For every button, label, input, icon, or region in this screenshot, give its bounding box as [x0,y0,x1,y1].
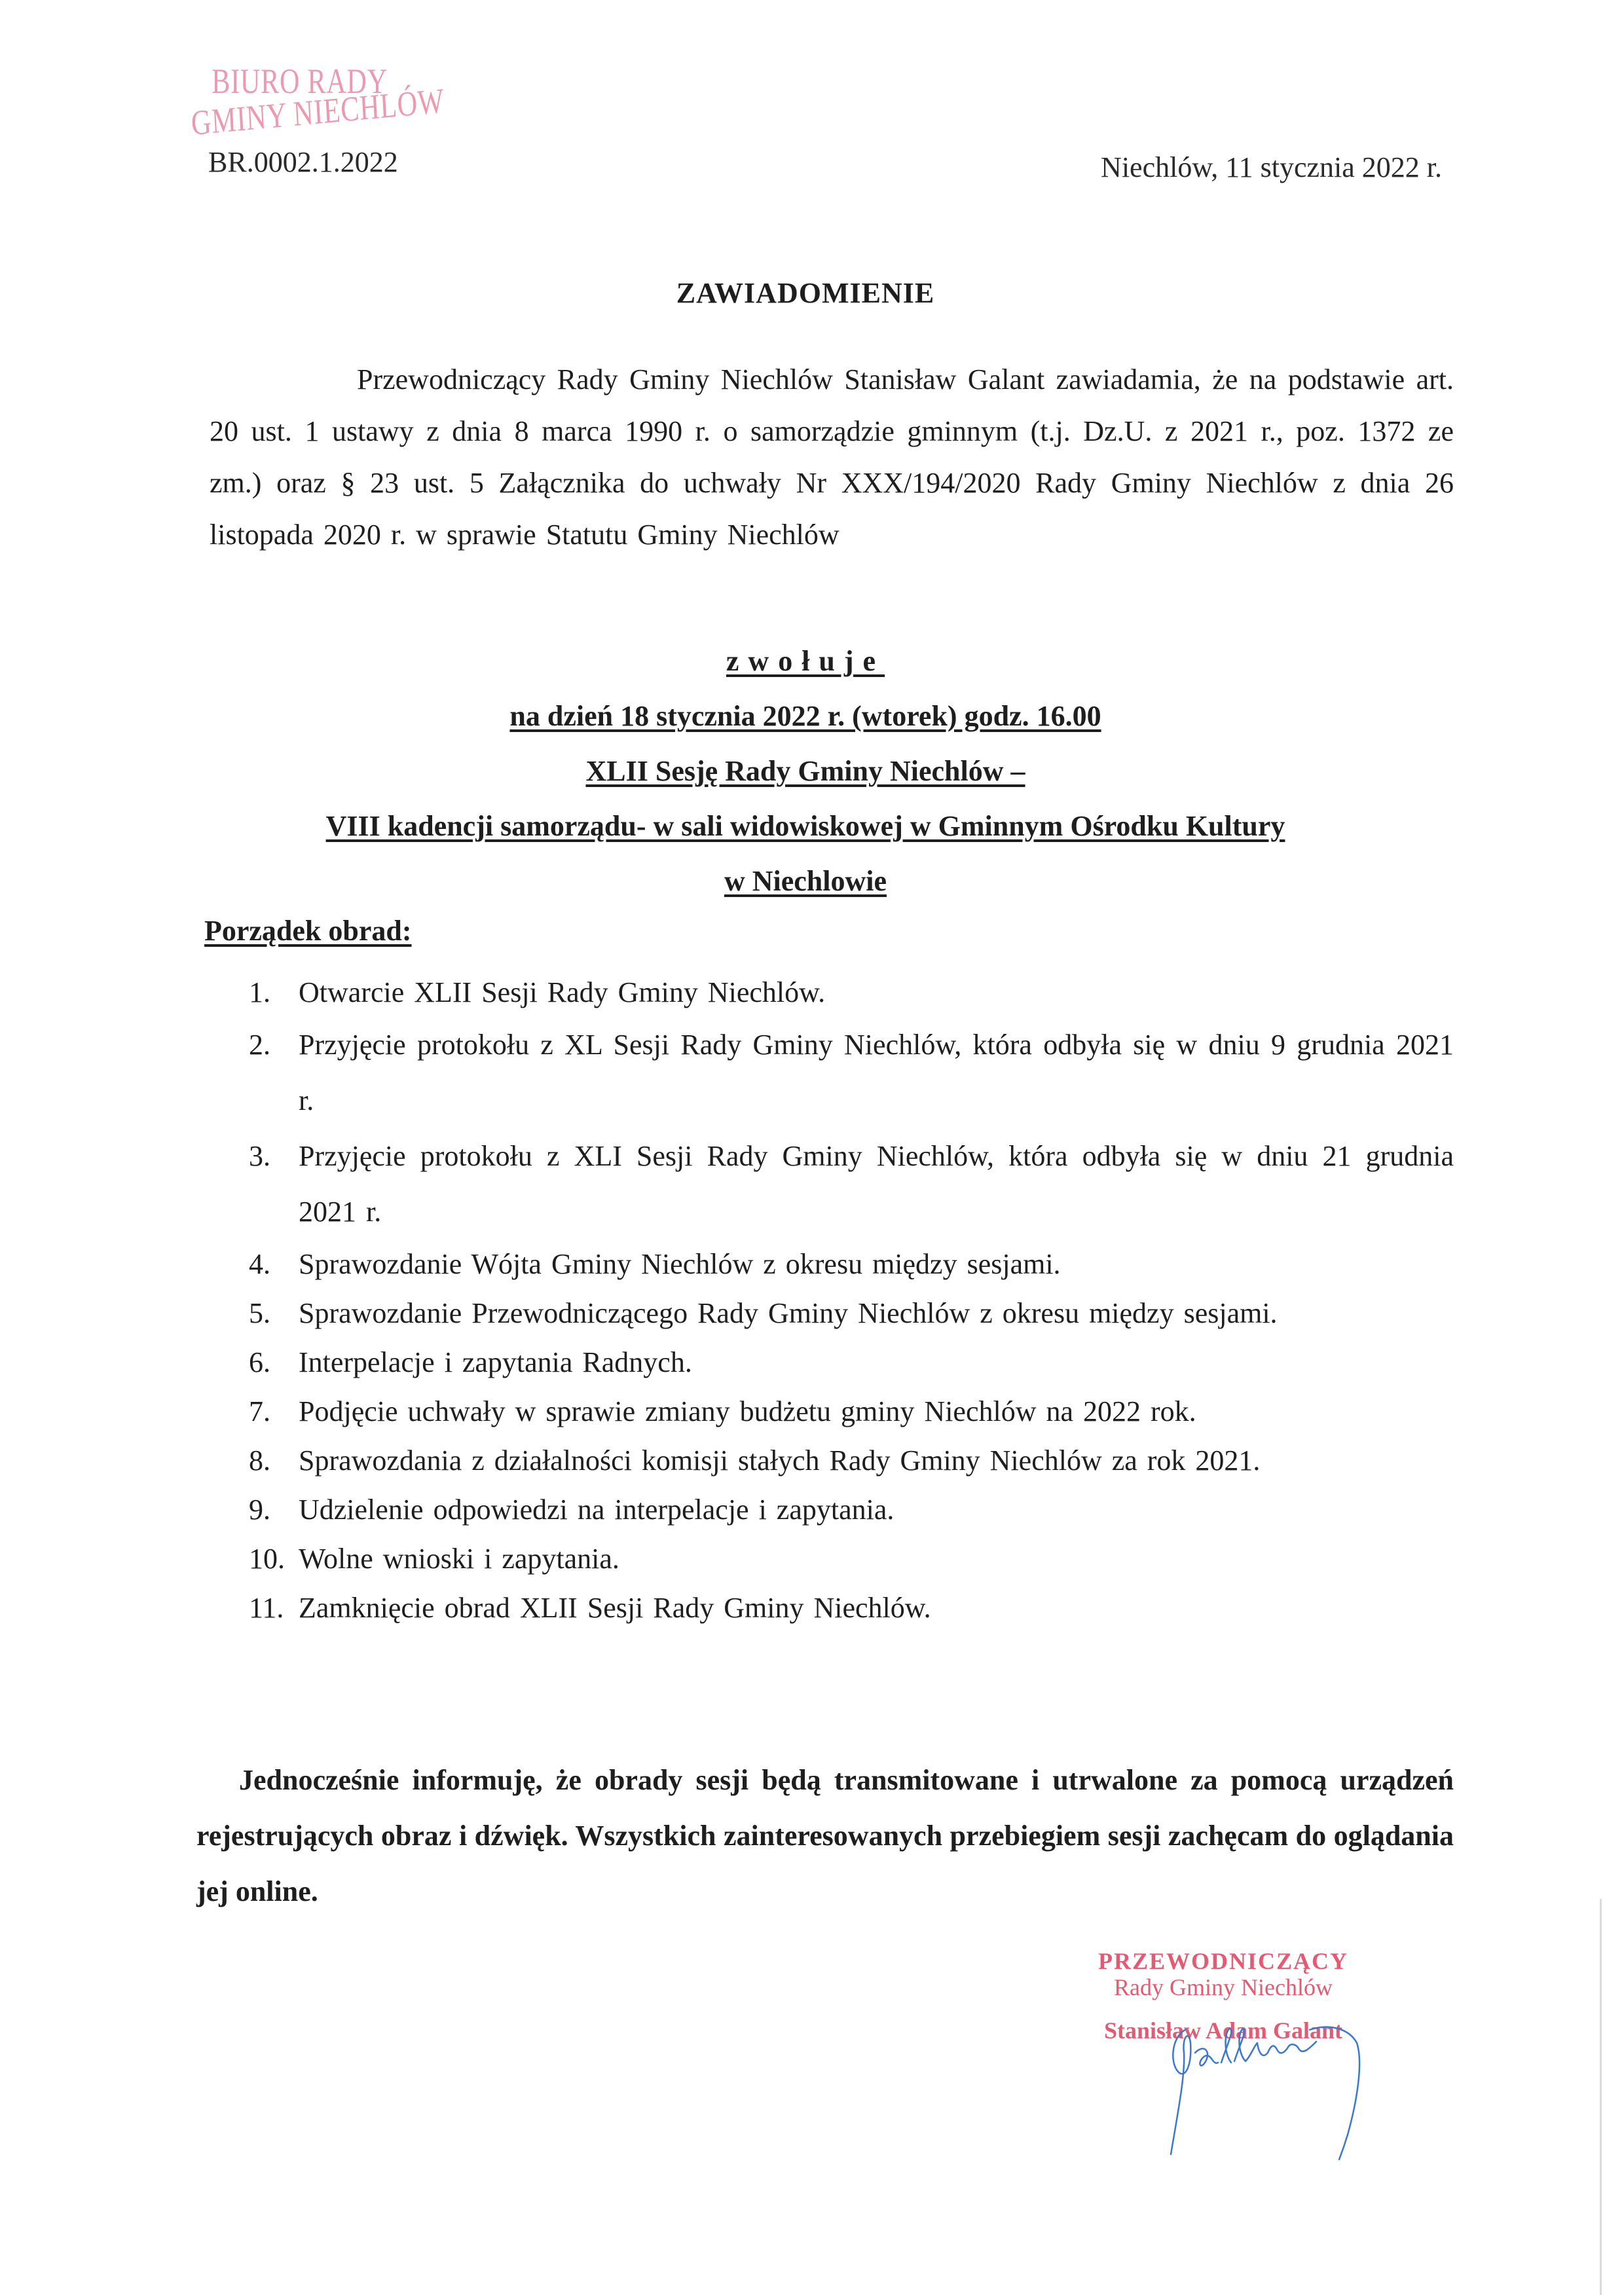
agenda-item: 3.Przyjęcie protokołu z XLI Sesji Rady G… [249,1128,1454,1239]
session-date: na dzień 18 stycznia 2022 r. (wtorek) go… [509,700,1101,732]
agenda-item: 9.Udzielenie odpowiedzi na interpelacje … [249,1485,1454,1534]
office-stamp: BIURO RADY GMINY NIECHLÓW [191,60,445,144]
agenda-item: 10.Wolne wnioski i zapytania. [249,1534,1454,1583]
agenda-item: 4.Sprawozdanie Wójta Gminy Niechlów z ok… [249,1239,1454,1289]
convene-verb: zwołuje [726,645,885,677]
scan-edge-line [1600,1899,1602,2295]
place-date: Niechlów, 11 stycznia 2022 r. [1101,151,1442,185]
agenda-item: 2.Przyjęcie protokołu z XL Sesji Rady Gm… [249,1017,1454,1128]
agenda-item: 6.Interpelacje i zapytania Radnych. [249,1338,1454,1387]
handwritten-signature-icon [1113,1991,1454,2161]
agenda-item: 11.Zamknięcie obrad XLII Sesji Rady Gmin… [249,1583,1454,1632]
session-term-venue: VIII kadencji samorządu- w sali widowisk… [326,810,1285,842]
session-name: XLII Sesję Rady Gminy Niechlów – [585,755,1025,787]
reference-number: BR.0002.1.2022 [208,145,398,179]
agenda-item: 7.Podjęcie uchwały w sprawie zmiany budż… [249,1387,1454,1436]
agenda-item: 8.Sprawozdania z działalności komisji st… [249,1436,1454,1485]
intro-paragraph: Przewodniczący Rady Gminy Niechlów Stani… [210,354,1454,560]
agenda-item: 1.Otwarcie XLII Sesji Rady Gminy Niechló… [249,968,1454,1017]
stamp-title: PRZEWODNICZĄCY [1092,1948,1354,1974]
convene-block: zwołuje na dzień 18 stycznia 2022 r. (wt… [0,634,1611,909]
agenda-heading: Porządek obrad: [204,914,412,948]
document-title: ZAWIADOMIENIE [0,276,1611,310]
agenda-list: 1.Otwarcie XLII Sesji Rady Gminy Niechló… [249,968,1454,1632]
agenda-item: 5.Sprawozdanie Przewodniczącego Rady Gmi… [249,1289,1454,1338]
session-place: w Niechlowie [724,865,887,897]
closing-paragraph: Jednocześnie informuję, że obrady sesji … [196,1752,1454,1919]
